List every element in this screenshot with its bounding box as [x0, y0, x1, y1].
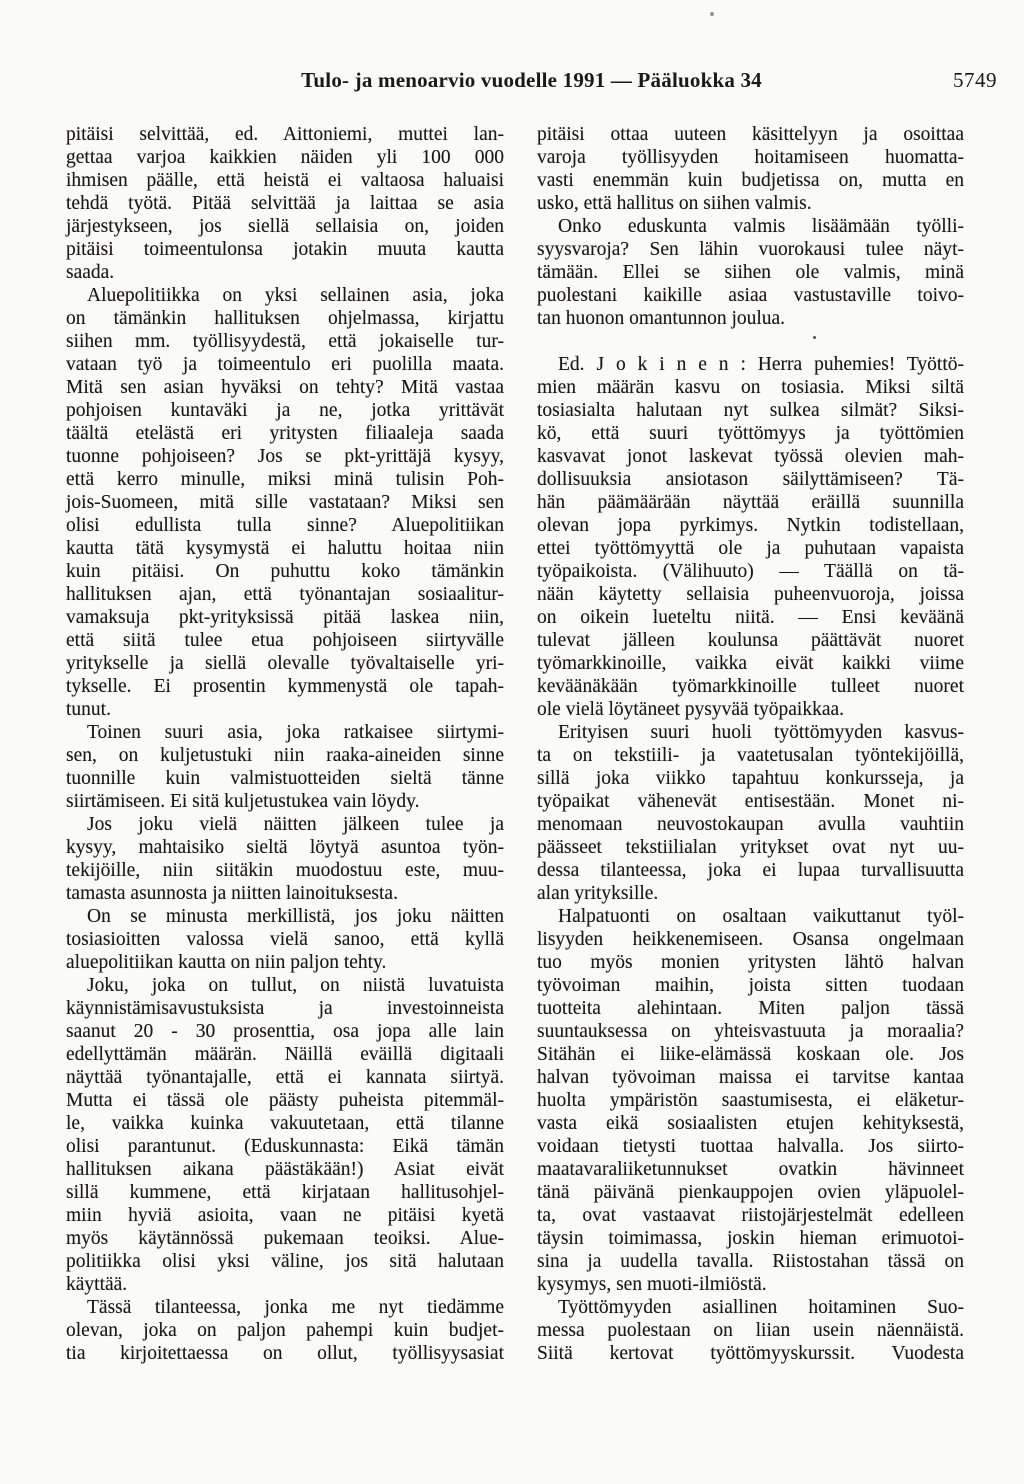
text-line: jois-Suomeen, mitä sille vastataan? Miks…	[66, 491, 504, 514]
text-line: tosiasialta halutaan nyt sulkea silmät? …	[537, 399, 964, 422]
text-line: saanut 20 - 30 prosenttia, osa jopa alle…	[66, 1020, 504, 1043]
text-line: pitäisi toimeentulonsa jotakin muuta kau…	[66, 238, 504, 261]
paragraph: Työttömyyden asiallinen hoitaminen Suo-m…	[537, 1296, 964, 1365]
text-line: maatavaraliiketunnukset ovatkin hävinnee…	[537, 1158, 964, 1181]
text-line: Mutta ei tässä ole päästy puheista pitem…	[66, 1089, 504, 1112]
text-line: miin hyviä asioita, vaan ne pitäisi kyet…	[66, 1204, 504, 1227]
text-line: On se minusta merkillistä, jos joku näit…	[66, 905, 504, 928]
text-line: tuonnille kuin valmistuotteiden sieltä t…	[66, 767, 504, 790]
text-line: gettaa varjoa kaikkien näiden yli 100 00…	[66, 146, 504, 169]
text-line: tunut.	[66, 698, 504, 721]
text-line: varoja työllisyyden hoitamiseen huomatta…	[537, 146, 964, 169]
scan-artifact-dot	[710, 12, 714, 16]
text-line: menomaan neuvostokaupan avulla vauhtiin	[537, 813, 964, 836]
text-line: tuo myös monien yritysten lähtö halvan	[537, 951, 964, 974]
text-line: pitäisi selvittää, ed. Aittoniemi, mutte…	[66, 123, 504, 146]
text-line: tämään. Ellei se siihen ole valmis, minä	[537, 261, 964, 284]
text-line: tehdä työtä. Pitää selvittää ja laittaa …	[66, 192, 504, 215]
text-line: halvan työvoiman maissa ei tarvitse kant…	[537, 1066, 964, 1089]
paragraph: Onko eduskunta valmis lisäämään työlli-s…	[537, 215, 964, 330]
text-line: vamaksuja pkt-yrityksissä pitää laskea n…	[66, 606, 504, 629]
text-line: Työttömyyden asiallinen hoitaminen Suo-	[537, 1296, 964, 1319]
document-page: Tulo- ja menoarvio vuodelle 1991 — Päälu…	[0, 0, 1024, 1484]
text-line: käyttää.	[66, 1273, 504, 1296]
text-line: täältä etelästä eri yritysten filiaaleja…	[66, 422, 504, 445]
text-line: tosiasioitten valossa vielä sanoo, että …	[66, 928, 504, 951]
left-column: pitäisi selvittää, ed. Aittoniemi, mutte…	[66, 123, 504, 1365]
paragraph: Toinen suuri asia, joka ratkaisee siirty…	[66, 721, 504, 813]
text-line: olevan, joka on paljon pahempi kuin budj…	[66, 1319, 504, 1342]
text-line: alan yrityksille.	[537, 882, 964, 905]
paragraph: Halpatuonti on osaltaan vaikuttanut työl…	[537, 905, 964, 1296]
text-line: ole vielä löytäneet pysyvää työpaikkaa.	[537, 698, 964, 721]
text-line: täysin toimimassa, joskin hieman erimuot…	[537, 1227, 964, 1250]
text-line: tuotteita alehintaan. Miten paljon tässä	[537, 997, 964, 1020]
text-line: Sitähän ei liike-elämässä koskaan ole. J…	[537, 1043, 964, 1066]
text-line: ettei työttömyyttä ole ja puhutaan vapai…	[537, 537, 964, 560]
text-line: sillä joka viikko tapahtuu konkursseja, …	[537, 767, 964, 790]
text-line: nään käytetty sellaisia puheenvuoroja, j…	[537, 583, 964, 606]
text-line: saada.	[66, 261, 504, 284]
text-line: politiikka olisi yksi väline, jos sitä h…	[66, 1250, 504, 1273]
right-column: pitäisi ottaa uuteen käsittelyyn ja osoi…	[537, 123, 964, 1365]
text-line: siirtämiseen. Ei sitä kuljetustukea vain…	[66, 790, 504, 813]
text-line: vasti enemmän kuin budjetissa on, mutta …	[537, 169, 964, 192]
text-line: dollisuuksia ansiotason säilyttämiseen? …	[537, 468, 964, 491]
text-line: järjestykseen, jos siellä sellaisia on, …	[66, 215, 504, 238]
text-line: tykselle. Ei prosentin kymmenystä ole ta…	[66, 675, 504, 698]
paragraph: pitäisi ottaa uuteen käsittelyyn ja osoi…	[537, 123, 964, 215]
text-line: ta, ovat vastaavat riistojärjestelmät ed…	[537, 1204, 964, 1227]
paragraph: Ed. J o k i n e n : Herra puhemies! Työt…	[537, 353, 964, 721]
text-line: usko, että hallitus on siihen valmis.	[537, 192, 964, 215]
text-line: ta on tekstiili- ja vaatetusalan työntek…	[537, 744, 964, 767]
text-line: tulevat jälleen koulunsa päättävät nuore…	[537, 629, 964, 652]
text-line: päässeet tekstiilialan yritykset ovat ny…	[537, 836, 964, 859]
text-line: aluepolitiikan kautta on niin paljon teh…	[66, 951, 504, 974]
text-line: syysvaroja? Sen lähin vuorokausi tulee n…	[537, 238, 964, 261]
text-line: mien määrän kasvu on tosiasia. Miksi sil…	[537, 376, 964, 399]
text-line: pitäisi ottaa uuteen käsittelyyn ja osoi…	[537, 123, 964, 146]
text-line: Erityisen suuri huoli työttömyyden kasvu…	[537, 721, 964, 744]
text-line: sillä kummene, että kirjataan hallitusoh…	[66, 1181, 504, 1204]
text-line: tänä päivänä pienkauppojen ovien yläpuol…	[537, 1181, 964, 1204]
text-line: lisyyden heikkenemiseen. Osansa ongelmaa…	[537, 928, 964, 951]
text-line: ihmisen päälle, että heistä ei valtaosa …	[66, 169, 504, 192]
text-line: tuonne pohjoiseen? Jos se pkt-yrittäjä k…	[66, 445, 504, 468]
text-line: kasvavat jonot laskevat työssä olevien m…	[537, 445, 964, 468]
text-line: Joku, joka on tullut, on niistä luvatuis…	[66, 974, 504, 997]
paragraph: Erityisen suuri huoli työttömyyden kasvu…	[537, 721, 964, 905]
text-line: tekijöille, niin siitäkin muodostuu este…	[66, 859, 504, 882]
text-line: pohjoisen kuntaväki ja ne, jotka yrittäv…	[66, 399, 504, 422]
text-line: yritykselle ja siellä olevalle työvaltai…	[66, 652, 504, 675]
text-line: kautta tätä kysymystä ei haluttu hoitaa …	[66, 537, 504, 560]
text-line: Halpatuonti on osaltaan vaikuttanut työl…	[537, 905, 964, 928]
text-line: puolestani kaikille asiaa vastustaville …	[537, 284, 964, 307]
page-header-title: Tulo- ja menoarvio vuodelle 1991 — Päälu…	[66, 68, 997, 93]
text-line: Onko eduskunta valmis lisäämään työlli-	[537, 215, 964, 238]
text-line: sina ja uudella tavalla. Riistostahan tä…	[537, 1250, 964, 1273]
paragraph: pitäisi selvittää, ed. Aittoniemi, mutte…	[66, 123, 504, 284]
text-line: kysyy, mahtaisiko sieltä löytyä asuntoa …	[66, 836, 504, 859]
text-line: että kerro minulle, miksi minä tulisin P…	[66, 468, 504, 491]
text-line: suuntauksessa on yhteisvastuuta ja moraa…	[537, 1020, 964, 1043]
text-line: että siitä tulee etua pohjoiseen siirtyv…	[66, 629, 504, 652]
text-columns: pitäisi selvittää, ed. Aittoniemi, mutte…	[66, 123, 964, 1365]
paragraph: Aluepolitiikka on yksi sellainen asia, j…	[66, 284, 504, 721]
text-line: Aluepolitiikka on yksi sellainen asia, j…	[66, 284, 504, 307]
text-line: olisi parantunut. (Eduskunnasta: Eikä tä…	[66, 1135, 504, 1158]
paragraph: Joku, joka on tullut, on niistä luvatuis…	[66, 974, 504, 1296]
text-line: hän päämäärään näyttää eräillä suunnilla	[537, 491, 964, 514]
text-line: Mitä sen asian hyväksi on tehty? Mitä va…	[66, 376, 504, 399]
text-line: vasta eikä sosiaalisten etujen kehitykse…	[537, 1112, 964, 1135]
text-line: keväänäkään työmarkkinoille tulleet nuor…	[537, 675, 964, 698]
text-line: olisi edullista tulla sinne? Aluepolitii…	[66, 514, 504, 537]
text-line: tan huonon omantunnon joulua.	[537, 307, 964, 330]
text-line: Ed. J o k i n e n : Herra puhemies! Työt…	[537, 353, 964, 376]
text-line: Jos joku vielä näitten jälkeen tulee ja	[66, 813, 504, 836]
text-line: vataan työ ja toimeentulo eri puolilla m…	[66, 353, 504, 376]
text-line: edellyttämän määrän. Näillä eväillä digi…	[66, 1043, 504, 1066]
text-line: työpaikat vähenevät entisestään. Monet n…	[537, 790, 964, 813]
text-line: tamasta asunnosta ja niitten lainoitukse…	[66, 882, 504, 905]
text-line: tia kirjoitettaessa on ollut, työllisyys…	[66, 1342, 504, 1365]
text-line: le, vaikka kuinka vakuutetaan, että tila…	[66, 1112, 504, 1135]
paragraph: Jos joku vielä näitten jälkeen tulee jak…	[66, 813, 504, 905]
text-line: hallituksen ajan, että työnantajan sosia…	[66, 583, 504, 606]
text-line: messa puolestaan on liian usein näennäis…	[537, 1319, 964, 1342]
text-line: työvoiman maihin, joista sitten tuodaan	[537, 974, 964, 997]
text-line: dessa tilanteessa, joka ei lupaa turvall…	[537, 859, 964, 882]
text-line: kysymys, sen muoti-ilmiöstä.	[537, 1273, 964, 1296]
text-line: työmarkkinoille, vaikka eivät kaikki vii…	[537, 652, 964, 675]
text-line: on oikein lueteltu niitä. — Ensi keväänä	[537, 606, 964, 629]
text-line: voidaan tietysti tuottaa halvalla. Jos s…	[537, 1135, 964, 1158]
text-line: kuin pitäisi. On puhuttu koko tämänkin	[66, 560, 504, 583]
text-line: myös käytännössä pukemaan teoiksi. Alue-	[66, 1227, 504, 1250]
text-line: käynnistämisavustuksista ja investoinnei…	[66, 997, 504, 1020]
text-line: siihen mm. työllisyydestä, että jokaisel…	[66, 330, 504, 353]
text-line: työpaikoista. (Välihuuto) — Täällä on tä…	[537, 560, 964, 583]
page-number: 5749	[953, 68, 997, 93]
paragraph: On se minusta merkillistä, jos joku näit…	[66, 905, 504, 974]
paragraph: Tässä tilanteessa, jonka me nyt tiedämme…	[66, 1296, 504, 1365]
text-line: hallituksen aikana päästäkään!) Asiat ei…	[66, 1158, 504, 1181]
text-line: Tässä tilanteessa, jonka me nyt tiedämme	[66, 1296, 504, 1319]
text-line: olevan jopa pyrkimys. Nytkin todistellaa…	[537, 514, 964, 537]
text-line: sen, on kuljetustuki niin raaka-aineiden…	[66, 744, 504, 767]
text-line: Toinen suuri asia, joka ratkaisee siirty…	[66, 721, 504, 744]
text-line: kö, että suuri työttömyys ja työttömien	[537, 422, 964, 445]
text-line: Siitä kertovat työttömyyskurssit. Vuodes…	[537, 1342, 964, 1365]
text-line: on tämänkin hallituksen ohjelmassa, kirj…	[66, 307, 504, 330]
text-line: näyttää työnantajalle, että ei kannata s…	[66, 1066, 504, 1089]
text-line: huolta ympäristön saastumisesta, ei eläk…	[537, 1089, 964, 1112]
